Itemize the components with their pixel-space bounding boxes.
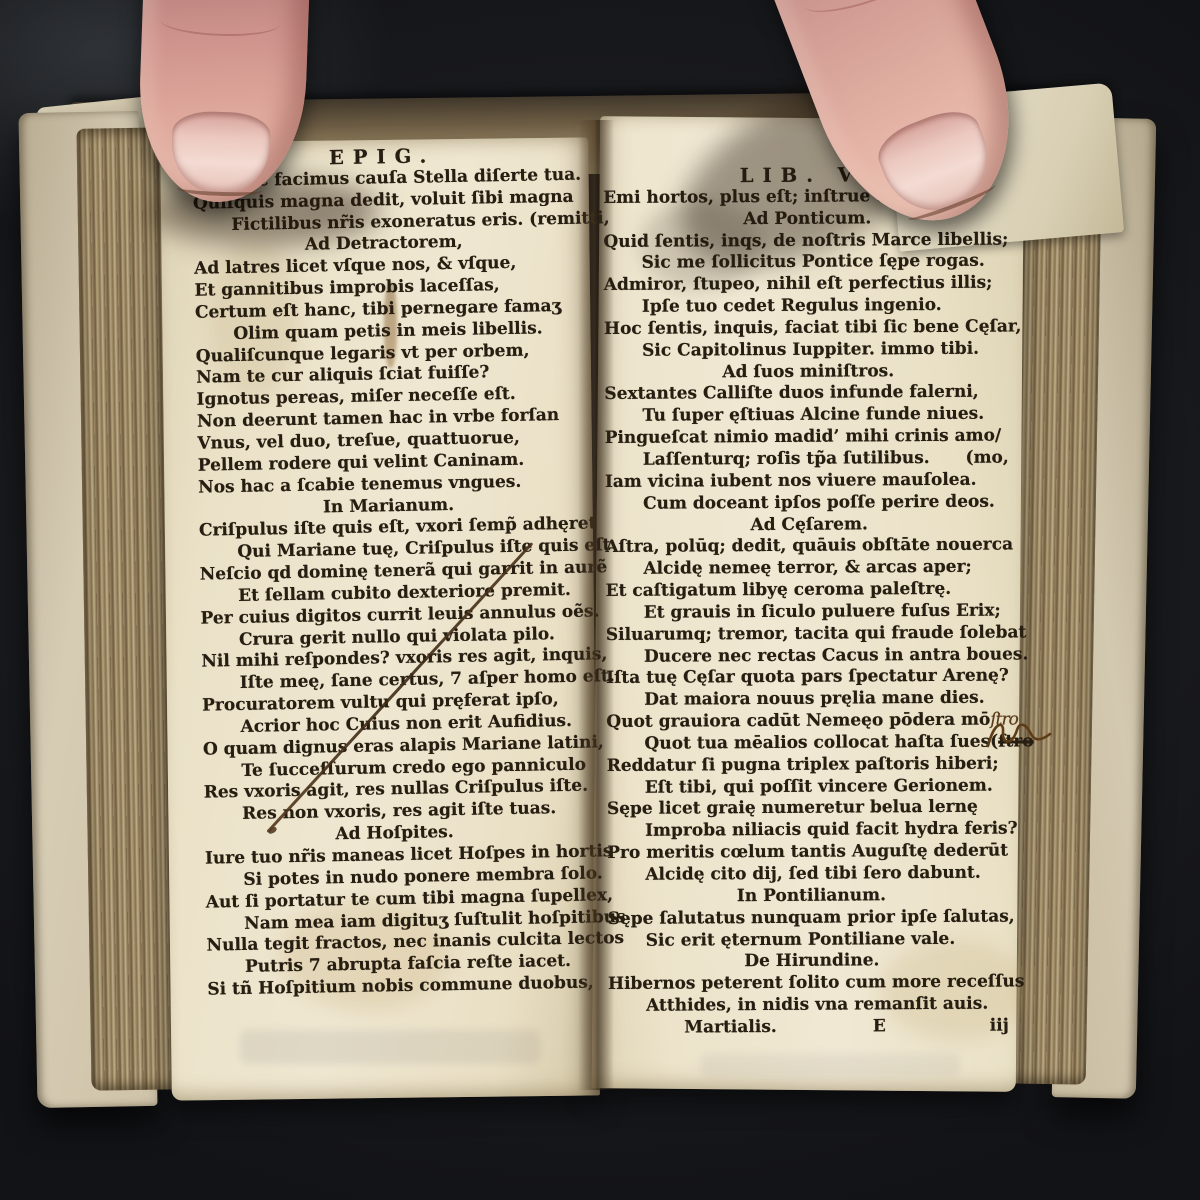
- text-line: Tu ſuper ęſtiuas Alcine funde niues.: [602, 404, 1014, 428]
- text-line: Dat maiora nouus pręlia mane dies.: [604, 688, 1016, 712]
- left-fingernail: [170, 110, 271, 195]
- text-line: Pingueſcat nimio madid’ mihi crinis amo∕: [603, 426, 1015, 450]
- text-line: Sic Capitolinus Iuppiter. immo tibi.: [602, 338, 1014, 362]
- text-line: Quot tua mēalios collocat haſta ſues(ſtr…: [604, 731, 1016, 755]
- text-line: Ducere nec rectas Cacus in antra boues.: [604, 644, 1016, 668]
- right-page-text: LIB. V.Emi hortos, plus eſt; inſtrue tu.…: [601, 163, 1018, 1039]
- text-line: Ad ſuos miniſtros.: [602, 360, 1014, 384]
- text-line: Sępe licet graię numeretur belua lernę: [605, 797, 1017, 821]
- finger-crease: [800, 0, 934, 22]
- text-line: Sic erit ęternum Pontiliane vale.: [606, 928, 1018, 952]
- text-line: Sextantes Calliſte duos infunde falerni,: [602, 382, 1014, 406]
- finger-crease: [160, 6, 281, 38]
- text-line: Admiror, ſtupeo, nihil eſt perfectius il…: [602, 273, 1014, 297]
- text-line: Pro meritis cœlum tantis Auguſtę dederūt: [605, 841, 1017, 865]
- text-line: Et caſtigatum libyę ceroma paleſtrę.: [604, 579, 1016, 603]
- text-line: Hibernos peterent ſolito cum more receſſ…: [606, 972, 1018, 996]
- text-line: Improba niliacis quid facit hydra feris?: [605, 819, 1017, 843]
- text-line: Martialis.Eiij: [606, 1015, 1018, 1039]
- text-line: Laſſenturq; roſis tp̃a ſutilibus.(mo,: [603, 447, 1015, 471]
- ink-show-through: [700, 1054, 960, 1076]
- photo-of-open-book: EPIG.Hoc facimus cauſa Stella diſerte tu…: [0, 0, 1200, 1200]
- gutter-shadow: [578, 120, 614, 1090]
- text-line: Reddatur ſi pugna triplex paſtoris hiber…: [605, 753, 1017, 777]
- text-line: Iam vicina iubent nos viuere mauſolea.: [603, 469, 1015, 493]
- ink-show-through: [240, 1030, 540, 1064]
- text-line: Ipſe tuo cedet Regulus ingenio.: [602, 295, 1014, 319]
- text-line: Sępe ſalutatus nunquam prior ipſe ſaluta…: [606, 906, 1018, 930]
- text-line: De Hirundine.: [606, 950, 1018, 974]
- text-line: In Pontilianum.: [605, 884, 1017, 908]
- left-page-text: EPIG.Hoc facimus cauſa Stella diſerte tu…: [178, 143, 602, 1002]
- text-line: Aſtra, polūq; dedit, quāuis obſtāte noue…: [603, 535, 1015, 559]
- text-line: Atthides, in nidis vna remanſit auis.: [606, 994, 1018, 1018]
- text-line: Quot grauiora cadūt Nemeęo pōdera mōſtro: [604, 710, 1016, 734]
- text-line: Et grauis in ſiculo puluere fuſus Erix;: [604, 600, 1016, 624]
- text-line: Alcidę cito dij, ſed tibi ſero dabunt.: [605, 862, 1017, 886]
- text-line: Siluarumq; tremor, tacita qui fraude ſol…: [604, 622, 1016, 646]
- text-line: Ad Cęſarem.: [603, 513, 1015, 537]
- text-line: Cum doceant ipſos poſſe perire deos.: [603, 491, 1015, 515]
- text-line: Iſta tuę Cęſar quota pars ſpectatur Aren…: [604, 666, 1016, 690]
- handwritten-annotation: [984, 716, 1054, 758]
- text-line: Hoc ſentis, inquis, faciat tibi ſic bene…: [602, 316, 1014, 340]
- text-line: Eſt tibi, qui poſſit vincere Gerionem.: [605, 775, 1017, 799]
- text-line: Alcidę nemeę terror, & arcas aper;: [603, 557, 1015, 581]
